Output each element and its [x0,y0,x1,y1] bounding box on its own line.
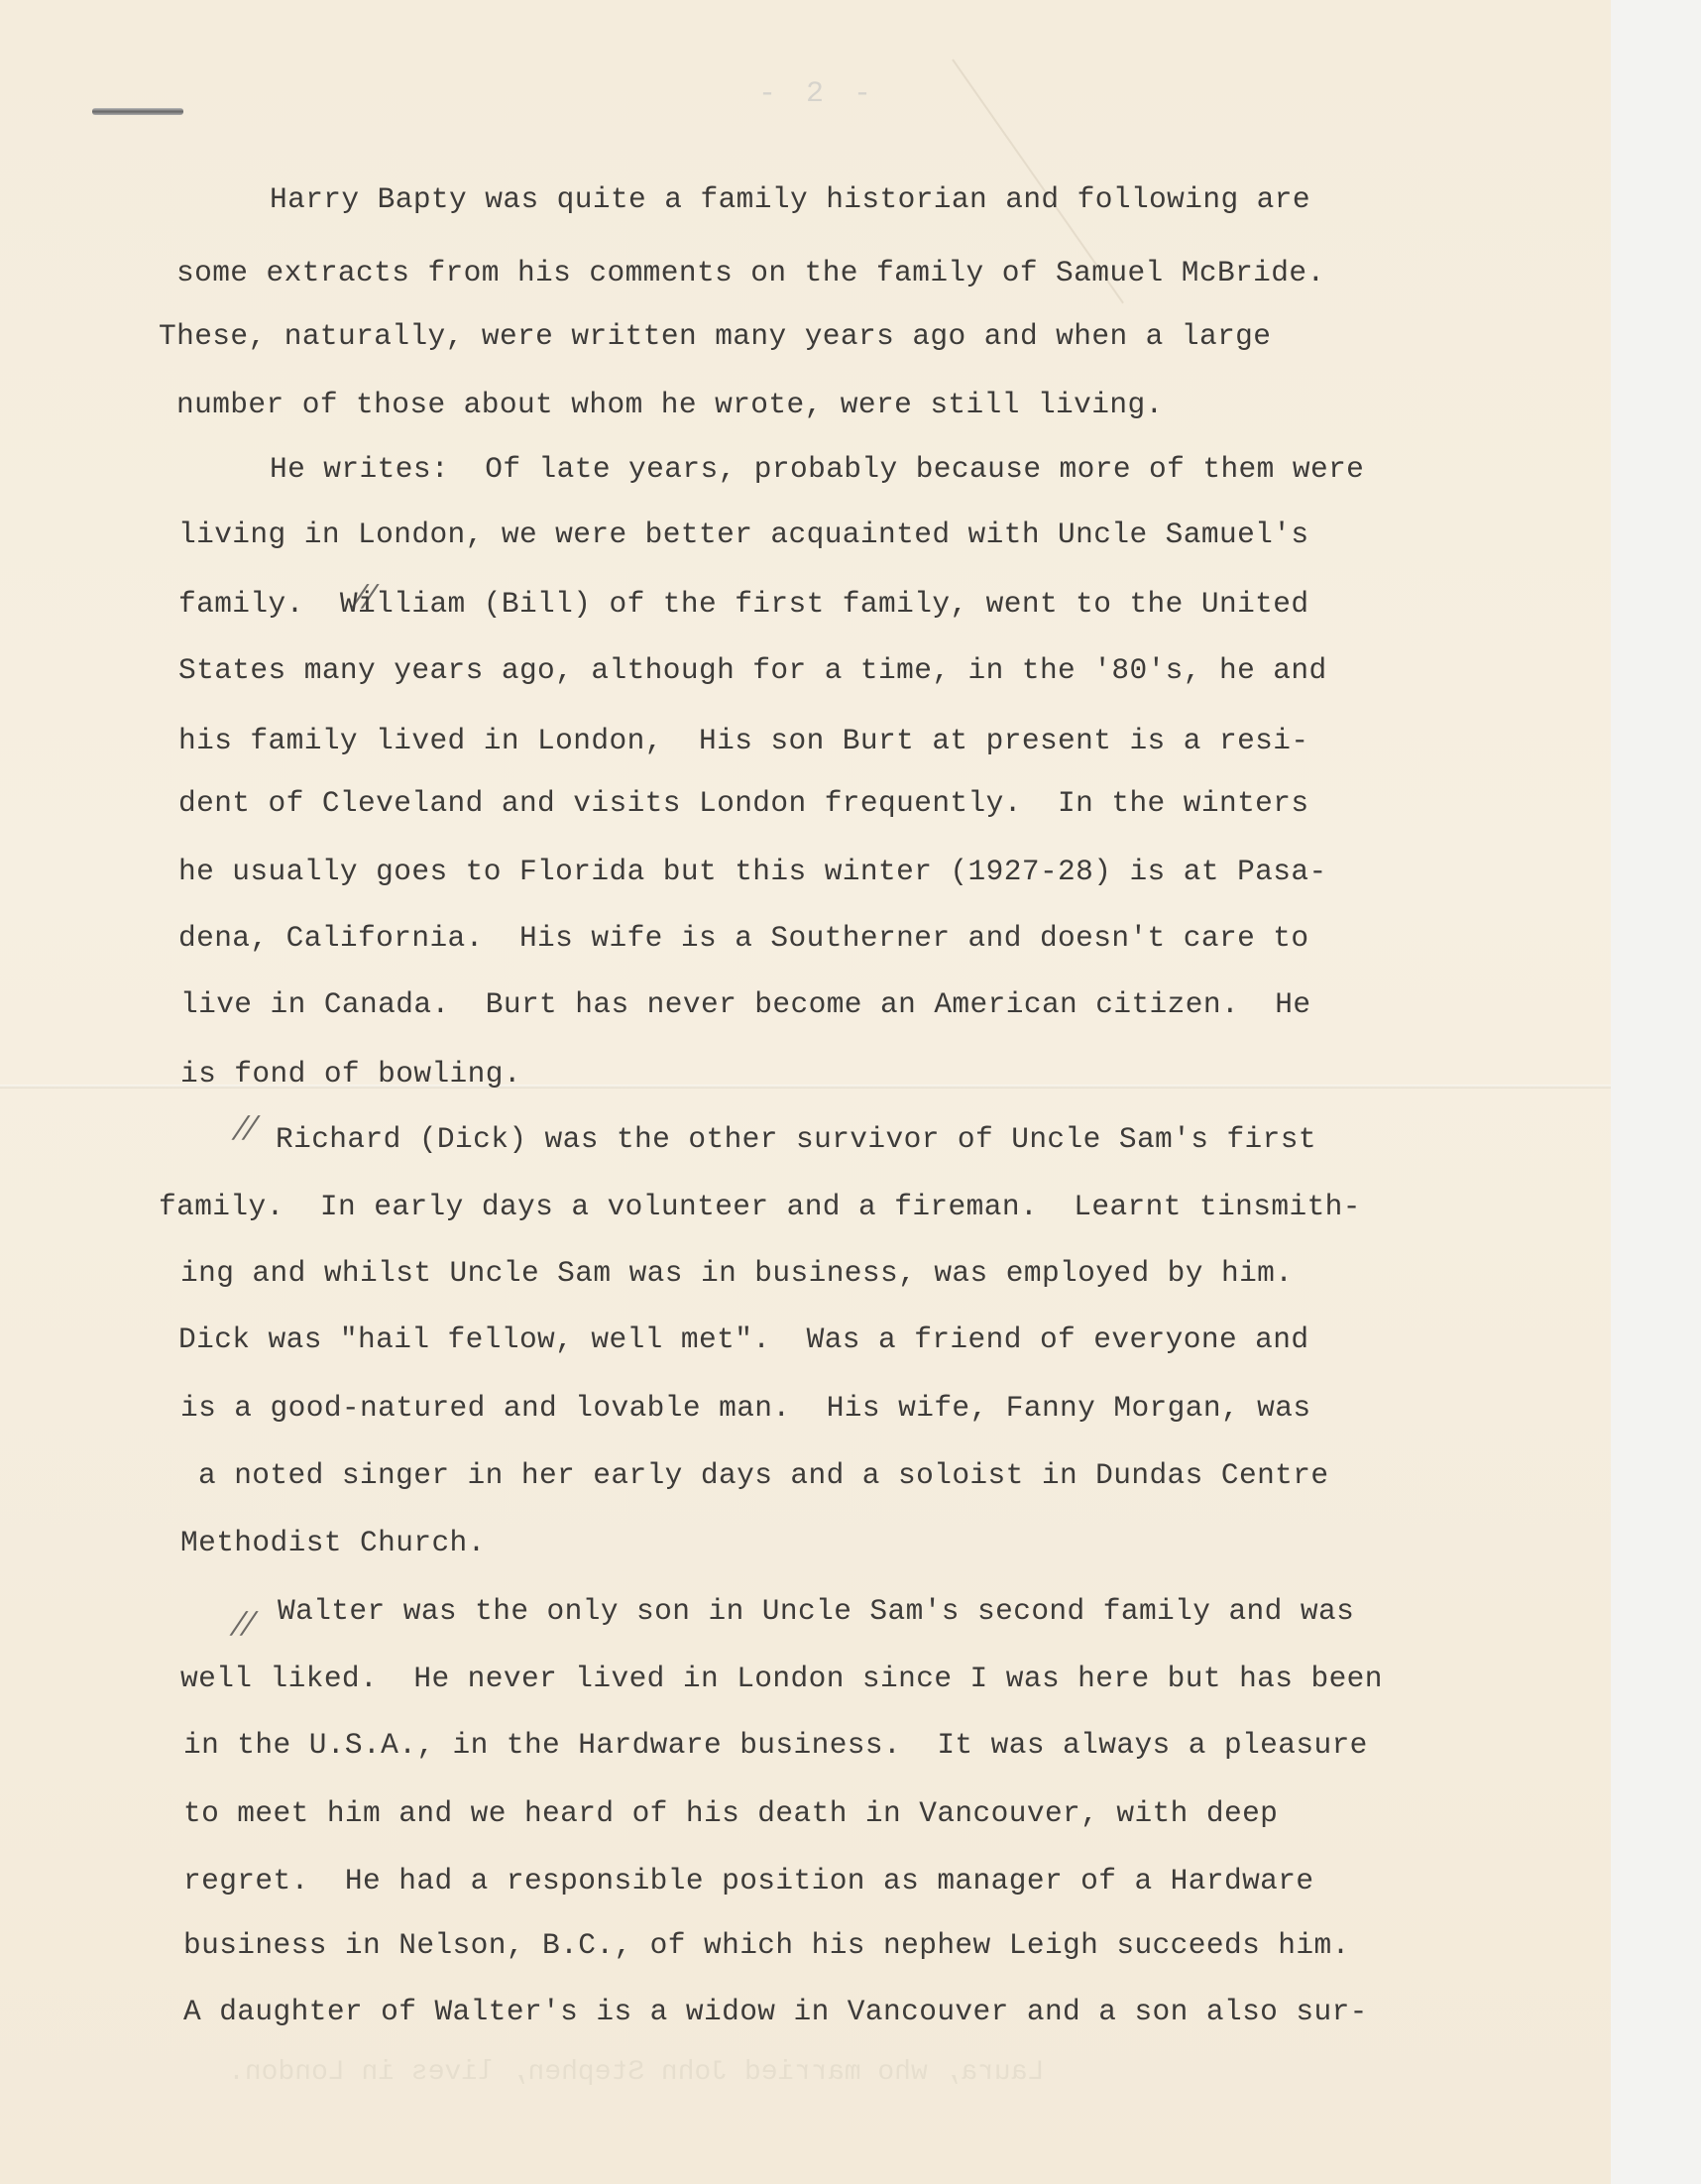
text-line: live in Canada. Burt has never become an… [180,987,1310,1021]
text-line: his family lived in London, His son Burt… [178,724,1308,757]
page-number: - 2 - [758,77,877,111]
text-line: dena, California. His wife is a Southern… [178,921,1308,955]
text-line: He writes: Of late years, probably becau… [270,452,1364,486]
text-line: number of those about whom he wrote, wer… [176,388,1164,421]
staple-icon [92,108,183,115]
text-line: to meet him and we heard of his death in… [183,1796,1278,1830]
text-line: is fond of bowling. [180,1057,521,1091]
text-line: Dick was "hail fellow, well met". Was a … [178,1322,1308,1356]
text-line: well liked. He never lived in London sin… [180,1662,1383,1695]
text-line: dent of Cleveland and visits London freq… [178,786,1308,820]
text-line: Walter was the only son in Uncle Sam's s… [278,1594,1354,1628]
text-line: in the U.S.A., in the Hardware business.… [183,1728,1368,1762]
text-line: family. In early days a volunteer and a … [159,1190,1361,1223]
text-line: These, naturally, were written many year… [159,319,1271,353]
text-line: A daughter of Walter's is a widow in Van… [183,1995,1368,2028]
text-line: a noted singer in her early days and a s… [198,1458,1328,1492]
text-line: he usually goes to Florida but this wint… [178,855,1327,888]
text-line: Richard (Dick) was the other survivor of… [276,1122,1316,1156]
text-line: regret. He had a responsible position as… [183,1864,1313,1897]
text-line: business in Nelson, B.C., of which his n… [183,1928,1350,1962]
text-line: family. William (Bill) of the first fami… [178,587,1308,621]
show-through-text: Laura, who married John Stephen, lives i… [228,2057,1044,2088]
text-line: ing and whilst Uncle Sam was in business… [180,1256,1293,1290]
text-line: Methodist Church. [180,1526,486,1559]
text-line: some extracts from his comments on the f… [176,256,1325,289]
text-line: living in London, we were better acquain… [178,517,1308,551]
scanner-background [1611,0,1701,2184]
text-line: Harry Bapty was quite a family historian… [270,182,1310,216]
text-line: is a good-natured and lovable man. His w… [180,1391,1310,1425]
text-line: States many years ago, although for a ti… [178,653,1327,687]
